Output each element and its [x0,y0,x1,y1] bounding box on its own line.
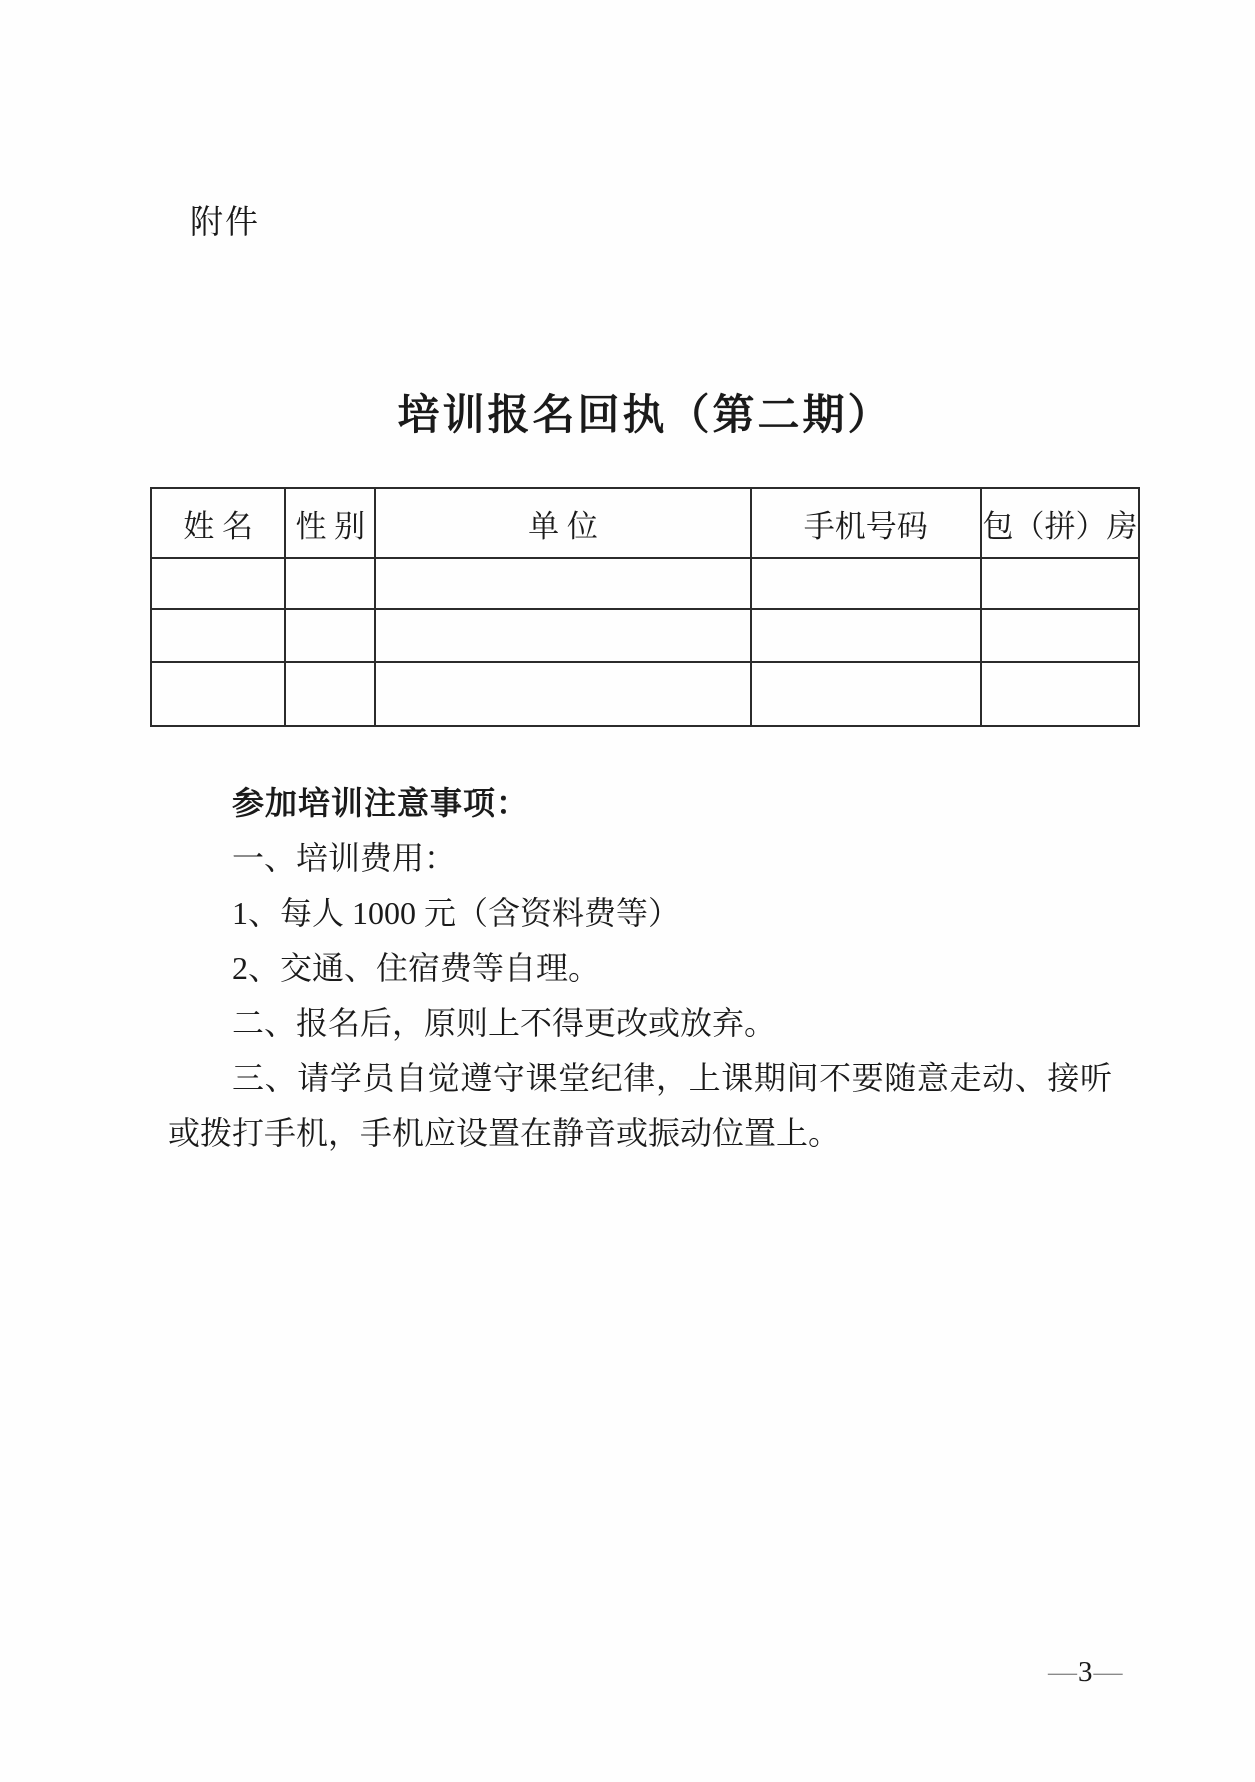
table-cell [151,558,285,609]
note-item-fee-header: 一、培训费用： [168,831,1112,886]
col-header-unit: 单 位 [375,488,750,558]
table-cell [981,662,1139,726]
page-number: —3— [1048,1656,1123,1689]
registration-table: 姓 名 性 别 单 位 手机号码 包（拼）房 [150,487,1140,727]
table-row [151,662,1139,726]
table-header-row: 姓 名 性 别 单 位 手机号码 包（拼）房 [151,488,1139,558]
note-item-fee-amount: 1、每人 1000 元（含资料费等） [168,886,1112,941]
table-cell [751,609,981,662]
page-number-value: 3 [1077,1656,1094,1688]
table-cell [151,662,285,726]
notes-section: 参加培训注意事项： 一、培训费用： 1、每人 1000 元（含资料费等） 2、交… [168,776,1112,1161]
table-cell [375,609,750,662]
table-row [151,558,1139,609]
document-page: 附件 培训报名回执（第二期） 姓 名 性 别 单 位 手机号码 包（拼）房 [0,0,1255,1782]
note-item-no-change: 二、报名后，原则上不得更改或放弃。 [168,996,1112,1051]
page-number-dash: — [1048,1656,1077,1688]
document-title: 培训报名回执（第二期） [150,382,1140,442]
col-header-name: 姓 名 [151,488,285,558]
table-cell [375,662,750,726]
table-cell [151,609,285,662]
col-header-phone: 手机号码 [751,488,981,558]
attachment-label: 附件 [190,196,260,243]
note-item-discipline: 三、请学员自觉遵守课堂纪律，上课期间不要随意走动、接听或拨打手机，手机应设置在静… [168,1051,1112,1161]
notes-heading: 参加培训注意事项： [168,776,1112,831]
table-cell [375,558,750,609]
col-header-room: 包（拼）房 [981,488,1139,558]
table-cell [981,558,1139,609]
table-cell [285,662,375,726]
page-number-dash: — [1094,1656,1123,1688]
table-cell [285,609,375,662]
table-cell [751,558,981,609]
table-cell [285,558,375,609]
table-cell [751,662,981,726]
col-header-gender: 性 别 [285,488,375,558]
note-item-travel: 2、交通、住宿费等自理。 [168,941,1112,996]
table-row [151,609,1139,662]
table-cell [981,609,1139,662]
